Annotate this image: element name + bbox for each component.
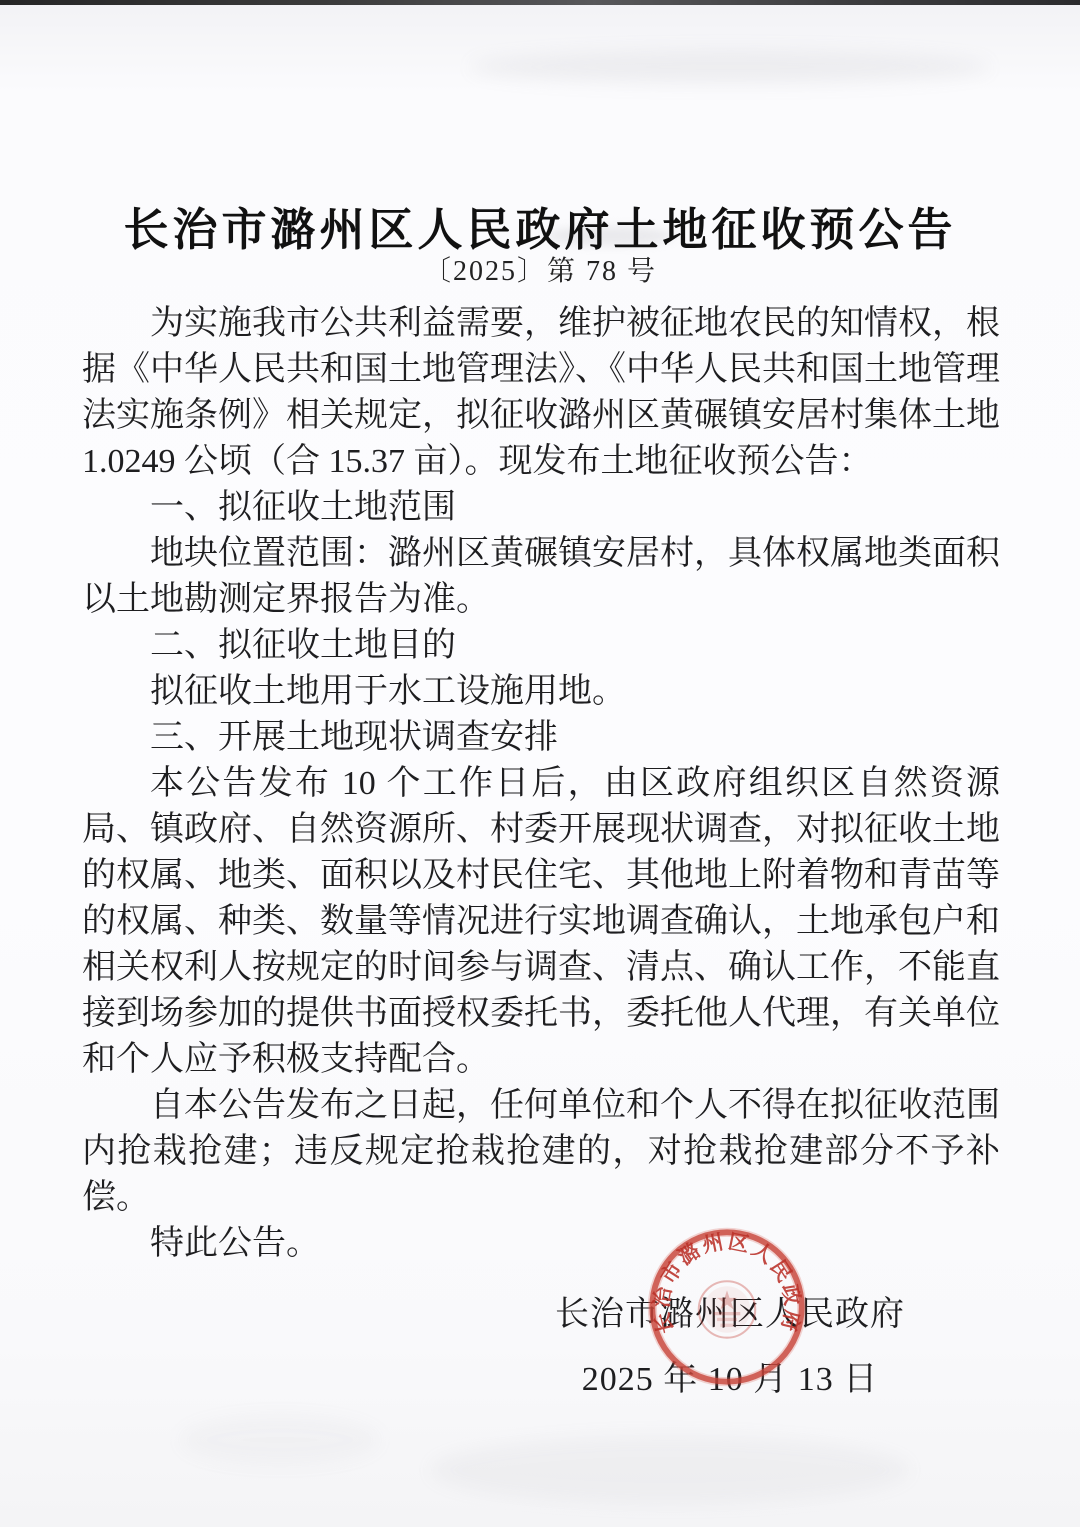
section-2-text: 拟征收土地用于水工设施用地。 — [82, 669, 1000, 715]
section-2-heading: 二、拟征收土地目的 — [82, 623, 1000, 669]
paragraph-intro: 为实施我市公共利益需要，维护被征地农民的知情权，根据《中华人民共和国土地管理法》… — [82, 301, 1000, 485]
scan-smudge — [180, 1415, 380, 1465]
scan-smudge — [470, 50, 990, 84]
paragraph-closing: 特此公告。 — [82, 1221, 1000, 1267]
section-3-heading: 三、开展土地现状调查安排 — [82, 715, 1000, 761]
paragraph-prohibition: 自本公告发布之日起，任何单位和个人不得在拟征收范围内抢栽抢建；违反规定抢栽抢建的… — [82, 1083, 1000, 1221]
section-1-text: 地块位置范围：潞州区黄碾镇安居村，具体权属地类面积以土地勘测定界报告为准。 — [82, 531, 1000, 623]
document-number: 〔2025〕第 78 号 — [0, 249, 1080, 289]
signature-date: 2025 年 10 月 13 日 — [545, 1351, 915, 1400]
scan-smudge — [430, 1435, 910, 1505]
signature-issuer: 长治市潞州区人民政府 — [545, 1286, 915, 1335]
document-body: 为实施我市公共利益需要，维护被征地农民的知情权，根据《中华人民共和国土地管理法》… — [82, 301, 1000, 1267]
section-3-text: 本公告发布 10 个工作日后，由区政府组织区自然资源局、镇政府、自然资源所、村委… — [82, 761, 1000, 1083]
section-1-heading: 一、拟征收土地范围 — [82, 485, 1000, 531]
signature-block: 长治市潞州区人民政府 2025 年 10 月 13 日 — [545, 1286, 915, 1400]
scanned-document-page: 长治市潞州区人民政府土地征收预公告 〔2025〕第 78 号 为实施我市公共利益… — [0, 0, 1080, 1527]
scanner-edge-artifact — [0, 0, 1080, 5]
